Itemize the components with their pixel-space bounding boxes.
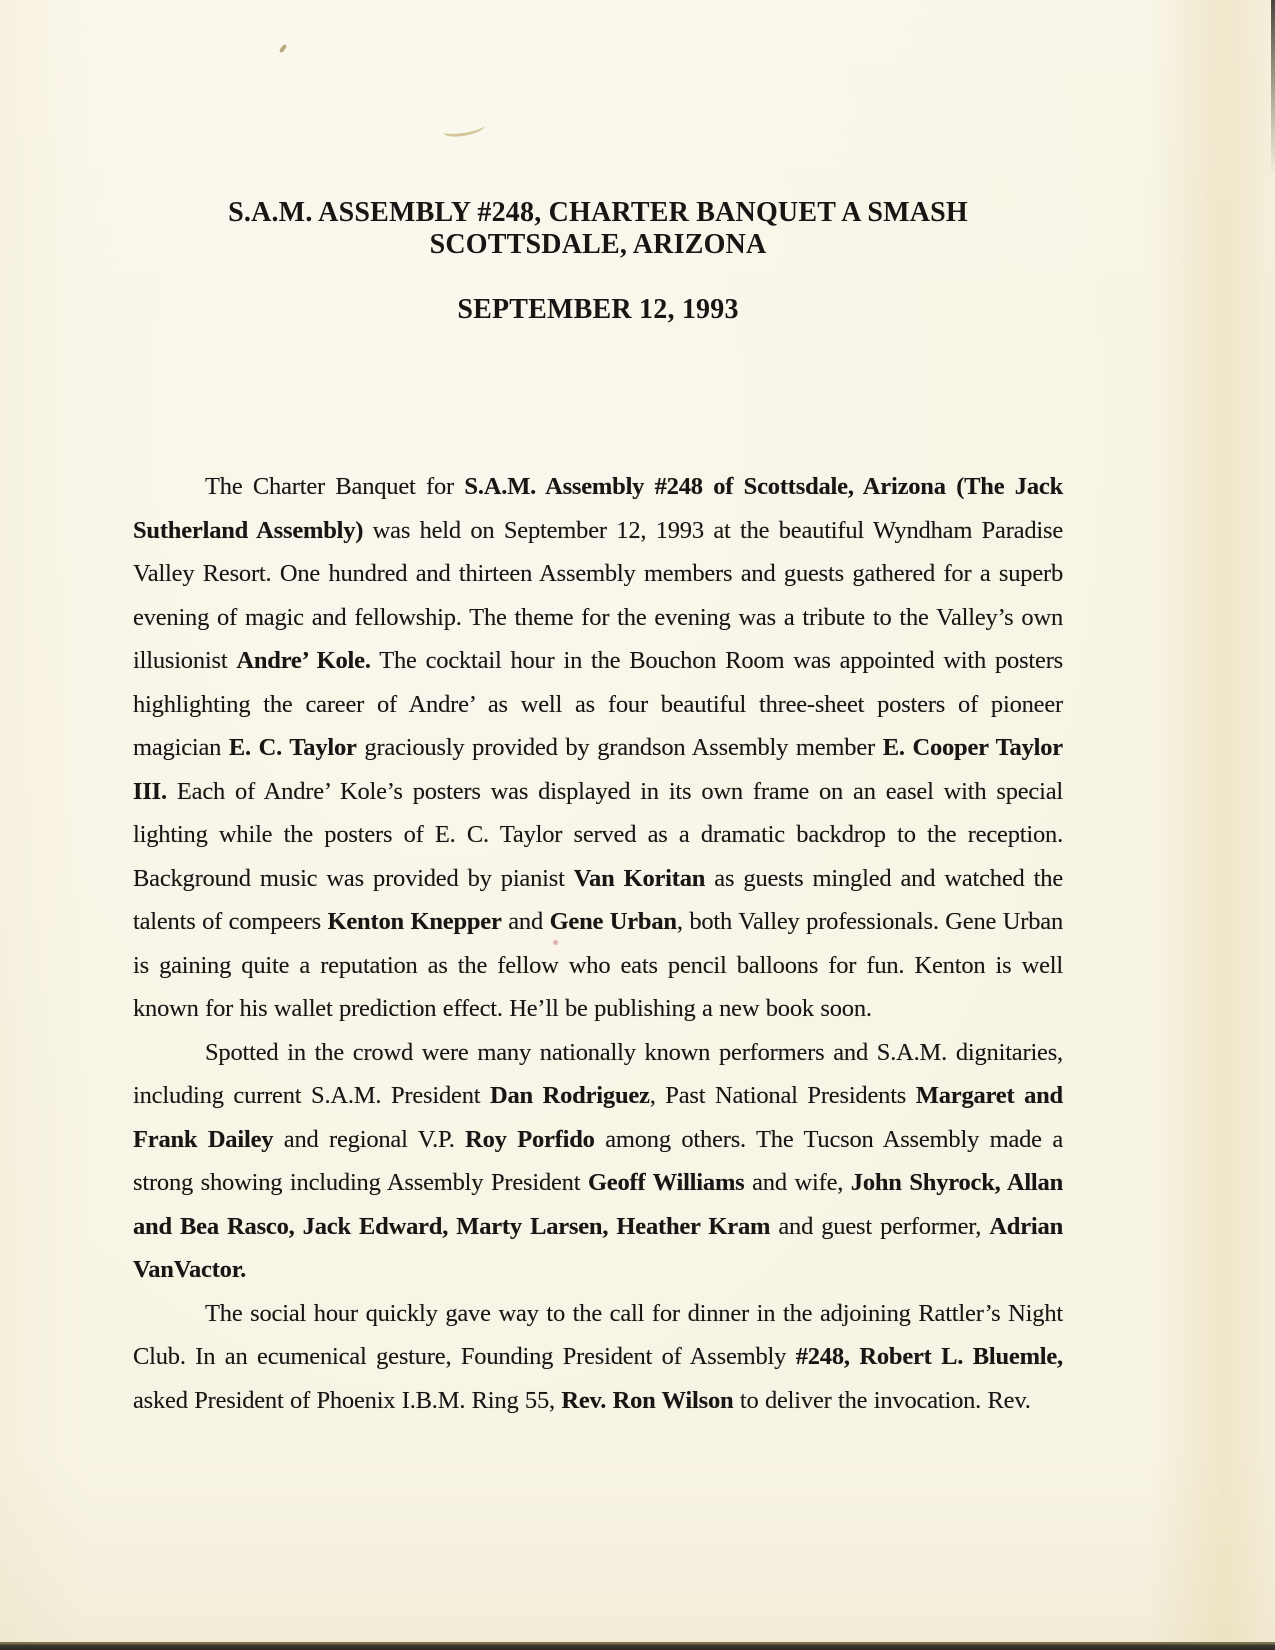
text-segment: to deliver the invocation. Rev. xyxy=(733,1387,1030,1414)
text-segment: , Past National Presidents xyxy=(650,1082,916,1109)
text-segment: The Charter Banquet for xyxy=(205,473,464,500)
text-segment xyxy=(850,1343,860,1370)
bold-text-segment: Van Koritan xyxy=(574,865,705,892)
text-segment: and wife, xyxy=(745,1169,851,1196)
document-title-line-2: SCOTTSDALE, ARIZONA xyxy=(133,229,1063,261)
text-segment: and xyxy=(502,908,550,935)
scanned-document-page: S.A.M. ASSEMBLY #248, CHARTER BANQUET A … xyxy=(0,0,1275,1650)
bold-text-segment: Rev. Ron Wilson xyxy=(561,1387,733,1414)
paragraph: Spotted in the crowd were many nationall… xyxy=(133,1031,1063,1292)
scan-edge-bottom xyxy=(0,1642,1275,1650)
document-date: SEPTEMBER 12, 1993 xyxy=(133,294,1063,326)
text-segment: graciously provided by grandson Assembly… xyxy=(357,734,883,761)
bold-text-segment: Robert L. Bluemle, xyxy=(859,1343,1063,1370)
text-segment: and regional V.P. xyxy=(273,1126,465,1153)
bold-text-segment: Kenton Knepper xyxy=(328,908,502,935)
bold-text-segment: Roy Porfido xyxy=(465,1126,595,1153)
bold-text-segment: Geoff Williams xyxy=(588,1169,745,1196)
text-segment: asked President of Phoenix I.B.M. Ring 5… xyxy=(133,1387,561,1414)
bold-text-segment: #248, xyxy=(796,1343,850,1370)
document-body: The Charter Banquet for S.A.M. Assembly … xyxy=(133,465,1063,1422)
paragraph: The Charter Banquet for S.A.M. Assembly … xyxy=(133,465,1063,1031)
scan-edge-right xyxy=(1271,0,1275,175)
bold-text-segment: Andre’ Kole. xyxy=(236,647,370,674)
document-title-line-1: S.A.M. ASSEMBLY #248, CHARTER BANQUET A … xyxy=(133,197,1063,229)
document-content: S.A.M. ASSEMBLY #248, CHARTER BANQUET A … xyxy=(133,0,1063,1422)
bold-text-segment: Dan Rodriguez xyxy=(490,1082,650,1109)
paragraph: The social hour quickly gave way to the … xyxy=(133,1292,1063,1423)
bold-text-segment: E. C. Taylor xyxy=(229,734,357,761)
text-segment: and guest performer, xyxy=(770,1213,989,1240)
bold-text-segment: Gene Urban xyxy=(550,908,677,935)
document-header: S.A.M. ASSEMBLY #248, CHARTER BANQUET A … xyxy=(133,0,1063,326)
